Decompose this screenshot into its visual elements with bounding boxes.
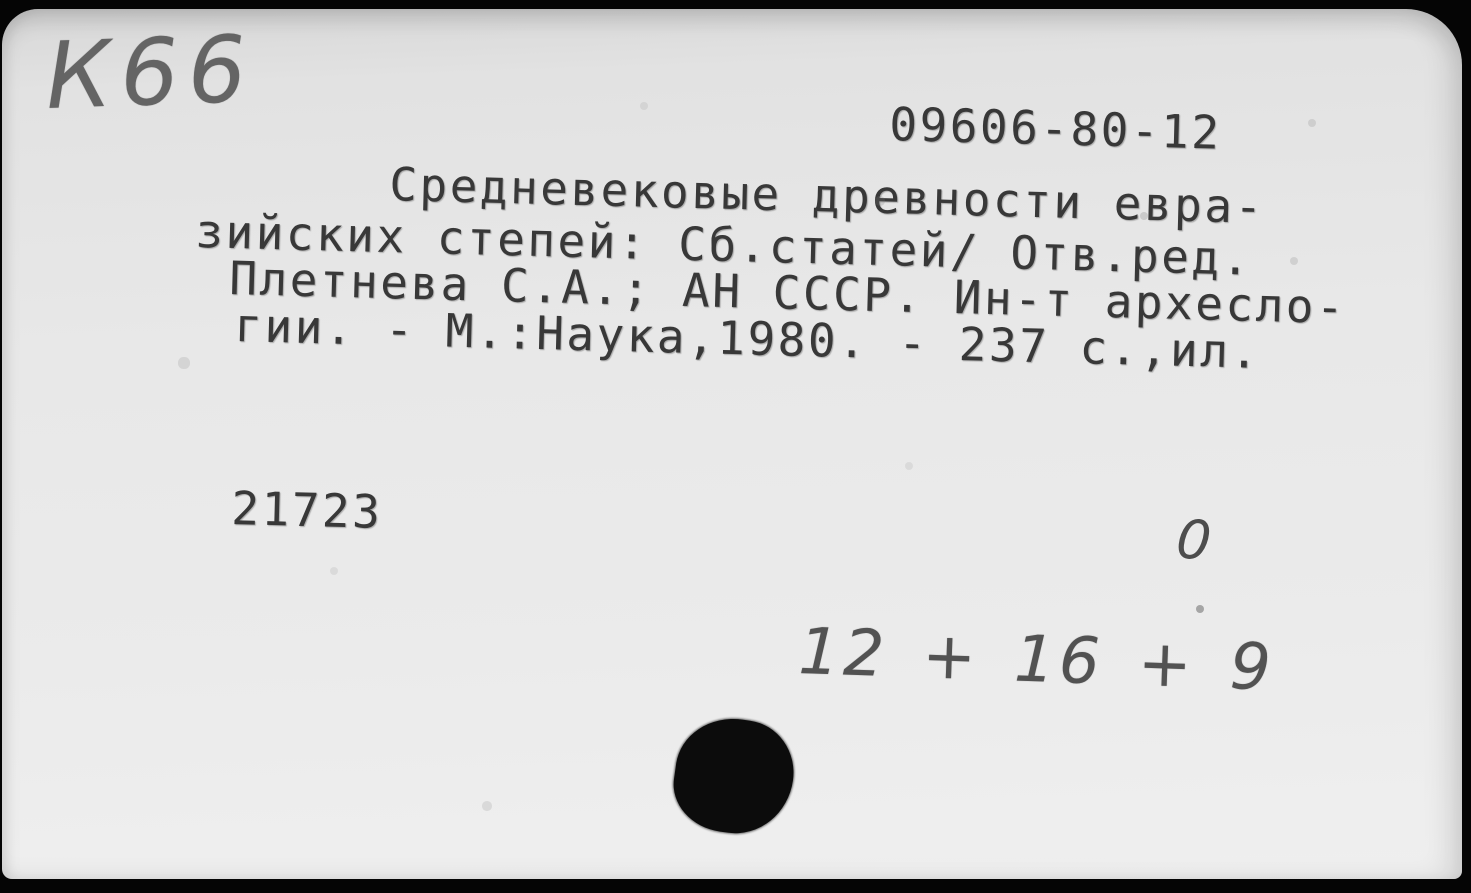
ink-blot bbox=[668, 711, 801, 840]
catalog-card: К66 09606-80-12 Средневековые древности … bbox=[2, 9, 1462, 879]
handwritten-zero: 0 bbox=[1173, 507, 1214, 573]
scanned-catalog-card-photo: К66 09606-80-12 Средневековые древности … bbox=[0, 0, 1471, 893]
handwritten-call-number: К66 bbox=[44, 16, 257, 130]
registry-number: 09606-80-12 bbox=[889, 101, 1222, 156]
scan-noise-speckles bbox=[2, 9, 6, 13]
handwritten-sum-annotation: 12 + 16 + 9 bbox=[797, 615, 1276, 706]
accession-number: 21723 bbox=[231, 485, 383, 535]
